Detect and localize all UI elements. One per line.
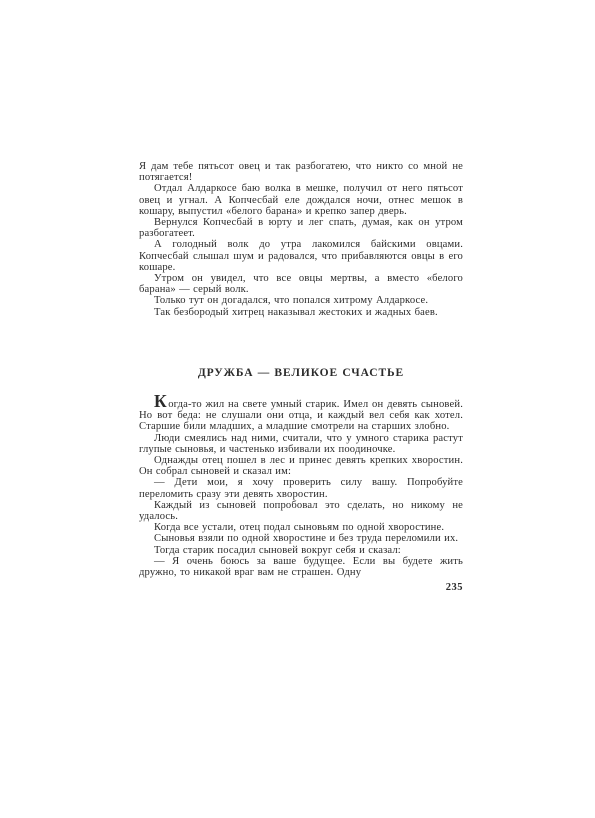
story-paragraph: Каждый из сыновей попробовал это сделать… xyxy=(139,500,463,522)
story-paragraph-first-text: огда-то жил на свете умный старик. Имел … xyxy=(139,399,463,432)
initial-cap-letter: К xyxy=(154,391,167,411)
story-paragraph: — Я очень боюсь за ваше будущее. Если вы… xyxy=(139,556,463,578)
story-paragraph: Тогда старик посадил сыновей вокруг себя… xyxy=(139,545,463,556)
section-heading: ДРУЖБА — ВЕЛИКОЕ СЧАСТЬЕ xyxy=(139,368,463,379)
tale-ending-paragraph: Только тут он догадался, что попался хит… xyxy=(139,295,463,306)
story-paragraph: Сыновья взяли по одной хворостине и без … xyxy=(139,533,463,544)
story-paragraph: — Дети мои, я хочу проверить силу вашу. … xyxy=(139,477,463,499)
text-column: Я дам тебе пятьсот овец и так разбогатею… xyxy=(139,161,463,594)
story-paragraph: Люди смеялись над ними, считали, что у у… xyxy=(139,433,463,455)
tale-ending-paragraph: А голодный волк до утра лакомился байски… xyxy=(139,239,463,273)
tale-ending-paragraph: Вернулся Копчесбай в юрту и лег спать, д… xyxy=(139,217,463,239)
tale-ending-paragraph: Утром он увидел, что все овцы мертвы, а … xyxy=(139,273,463,295)
story-paragraph: Однажды отец пошел в лес и принес девять… xyxy=(139,455,463,477)
page-number: 235 xyxy=(139,582,463,593)
story-paragraph-first: Когда-то жил на свете умный старик. Имел… xyxy=(139,396,463,433)
story-paragraph: Когда все устали, отец подал сыновьям по… xyxy=(139,522,463,533)
tale-ending-paragraph: Я дам тебе пятьсот овец и так разбогатею… xyxy=(139,161,463,183)
book-page-scan: Я дам тебе пятьсот овец и так разбогатею… xyxy=(0,0,595,818)
tale-ending-paragraph: Так безбородый хитрец наказывал жестоких… xyxy=(139,307,463,318)
tale-ending-paragraph: Отдал Алдаркосе баю волка в мешке, получ… xyxy=(139,183,463,217)
